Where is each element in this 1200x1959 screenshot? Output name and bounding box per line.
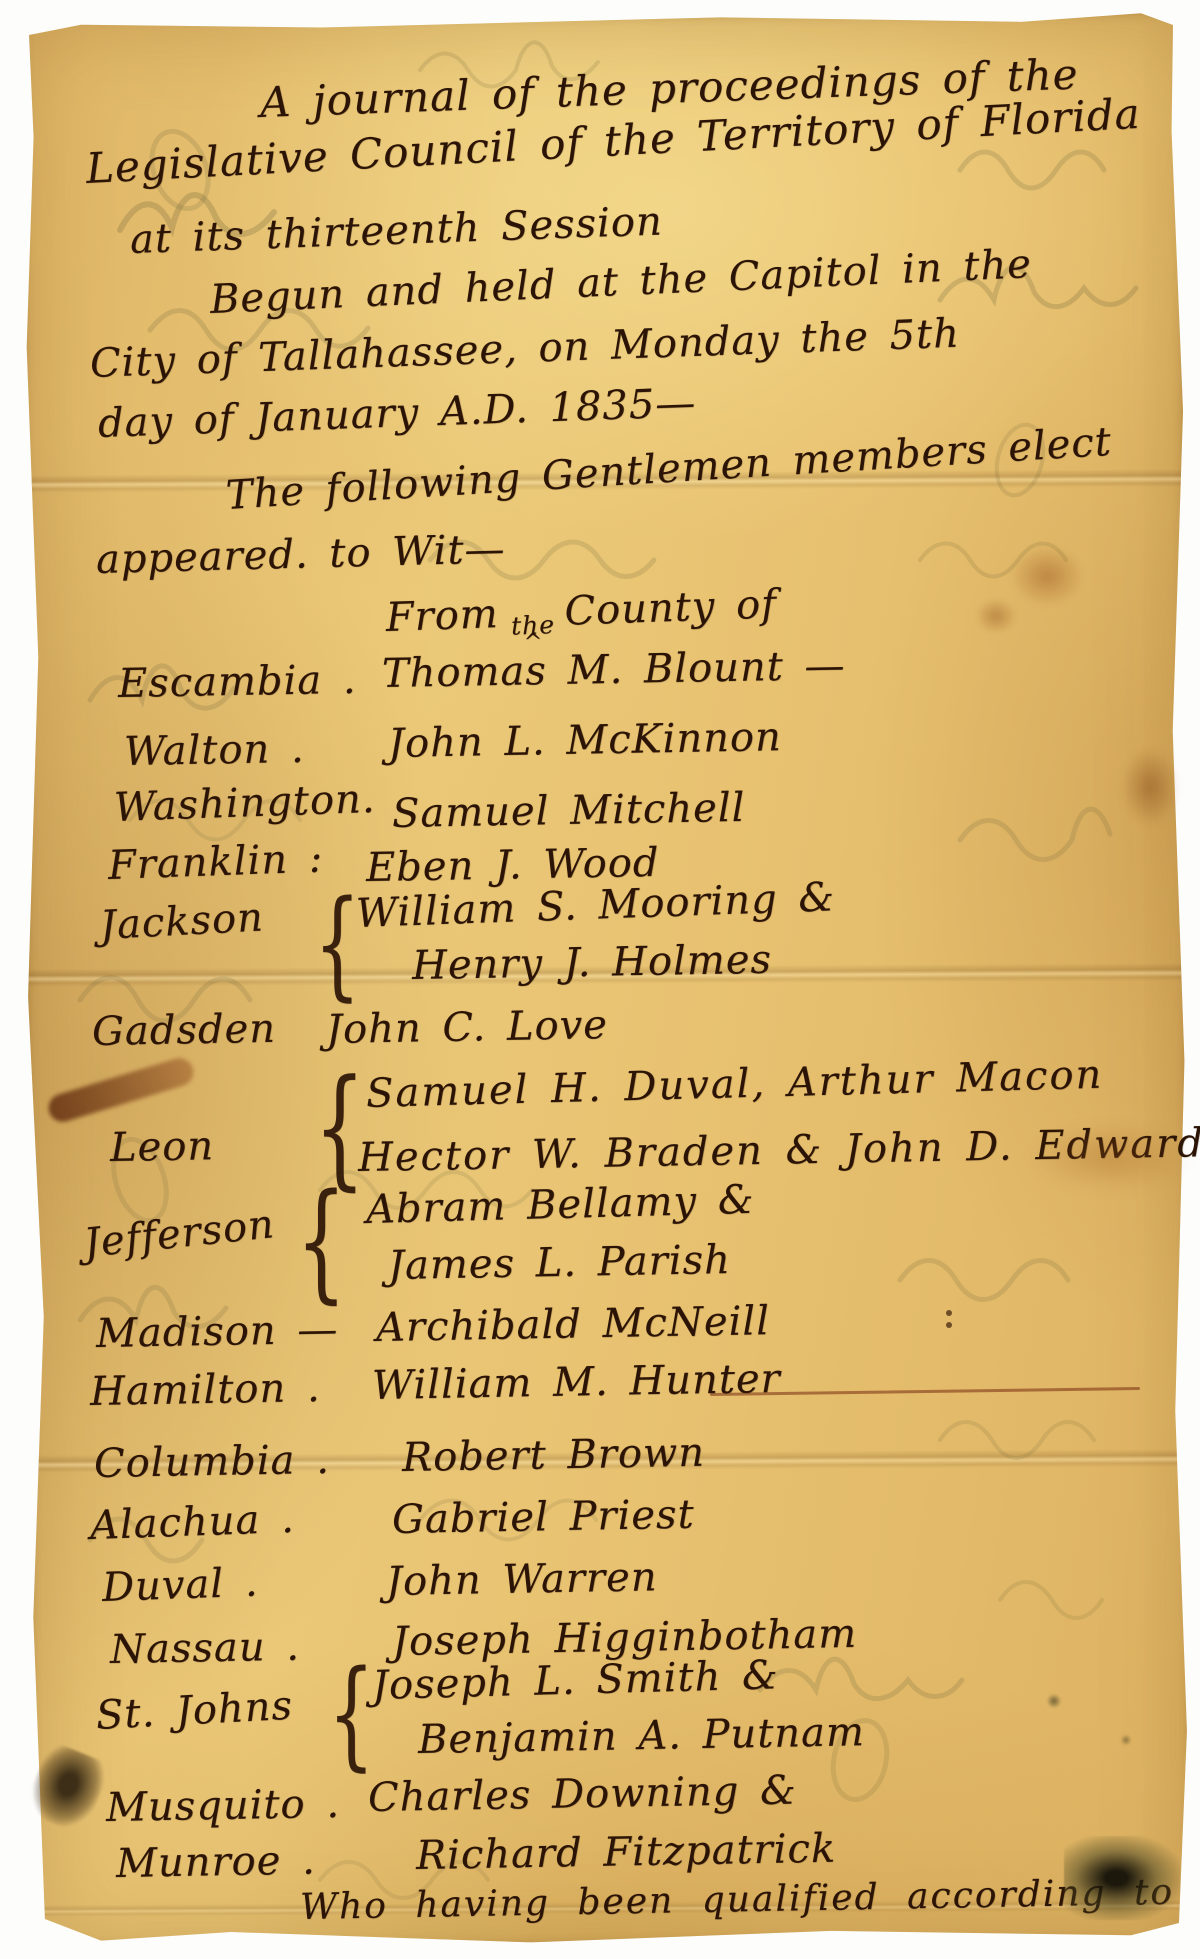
roster-county: Jefferson [82,1202,277,1266]
roster-county: Gadsden [92,1007,277,1054]
title-line-3: at its thirteenth Session [129,199,663,262]
roster-name: William M. Hunter [372,1357,781,1408]
roster-county: Franklin : [107,837,324,888]
roster-name: John L. McKinnon [388,715,782,766]
roster-name: John C. Love [326,1003,609,1052]
roster-county: Walton . [124,727,305,774]
roster-name: Richard Fitzpatrick [416,1827,837,1878]
roster-name: James L. Parish [388,1238,732,1288]
brace-jefferson: { [296,1178,346,1306]
roster-county: Alachua . [89,1497,295,1548]
heading-from: From [385,591,499,641]
roster-county: Duval . [101,1561,259,1610]
roster-name: Joseph L. Smith & [371,1653,779,1708]
roster-county: Washington. [113,777,376,830]
brace-st-johns: { [328,1654,375,1772]
roster-county: Leon [110,1124,215,1170]
roster-name: Charles Downing & [368,1769,797,1820]
roster-county: Escambia . [118,658,357,706]
roster-name: Benjamin A. Putnam [418,1710,866,1762]
intro-line-2: appeared. to Wit— [95,527,506,582]
opening-line-2: City of Tallahassee, on Monday the 5th [89,312,960,386]
roster-county: Columbia . [94,1438,331,1486]
heading-county-of: County of [564,581,778,634]
roster-county: Hamilton . [90,1366,321,1414]
document-scan: A journal of the proceedings of the Legi… [0,0,1200,1959]
closing-line: Who having been qualified according to [300,1873,1175,1928]
brace-jackson: { [314,884,361,1002]
roster-name: Robert Brown [402,1431,706,1480]
roster-county: Musquito . [106,1782,341,1830]
roster-name: Henry J. Holmes [412,938,773,988]
roster-heading: Fromthe^County of [385,582,788,653]
roster-name: Samuel H. Duval, Arthur Macon [365,1053,1103,1116]
roster-county: Jackson [99,895,265,948]
opening-line-3: day of January A.D. 1835— [97,381,697,446]
roster-name: Gabriel Priest [392,1493,695,1542]
handwriting-layer: A journal of the proceedings of the Legi… [0,0,1200,1959]
roster-name: Abram Bellamy & [365,1178,754,1232]
roster-county: Munroe . [116,1839,317,1886]
roster-name: John Warren [386,1555,658,1604]
roster-county: St. Johns [95,1684,294,1738]
roster-name: Archibald McNeill [376,1299,771,1350]
roster-county: Nassau . [110,1625,301,1672]
roster-name: Hector W. Braden & John D. Edwards [358,1121,1200,1180]
roster-name: Thomas M. Blount — [382,644,846,696]
roster-name: Samuel Mitchell [392,786,746,836]
roster-county: Madison — [96,1308,339,1356]
